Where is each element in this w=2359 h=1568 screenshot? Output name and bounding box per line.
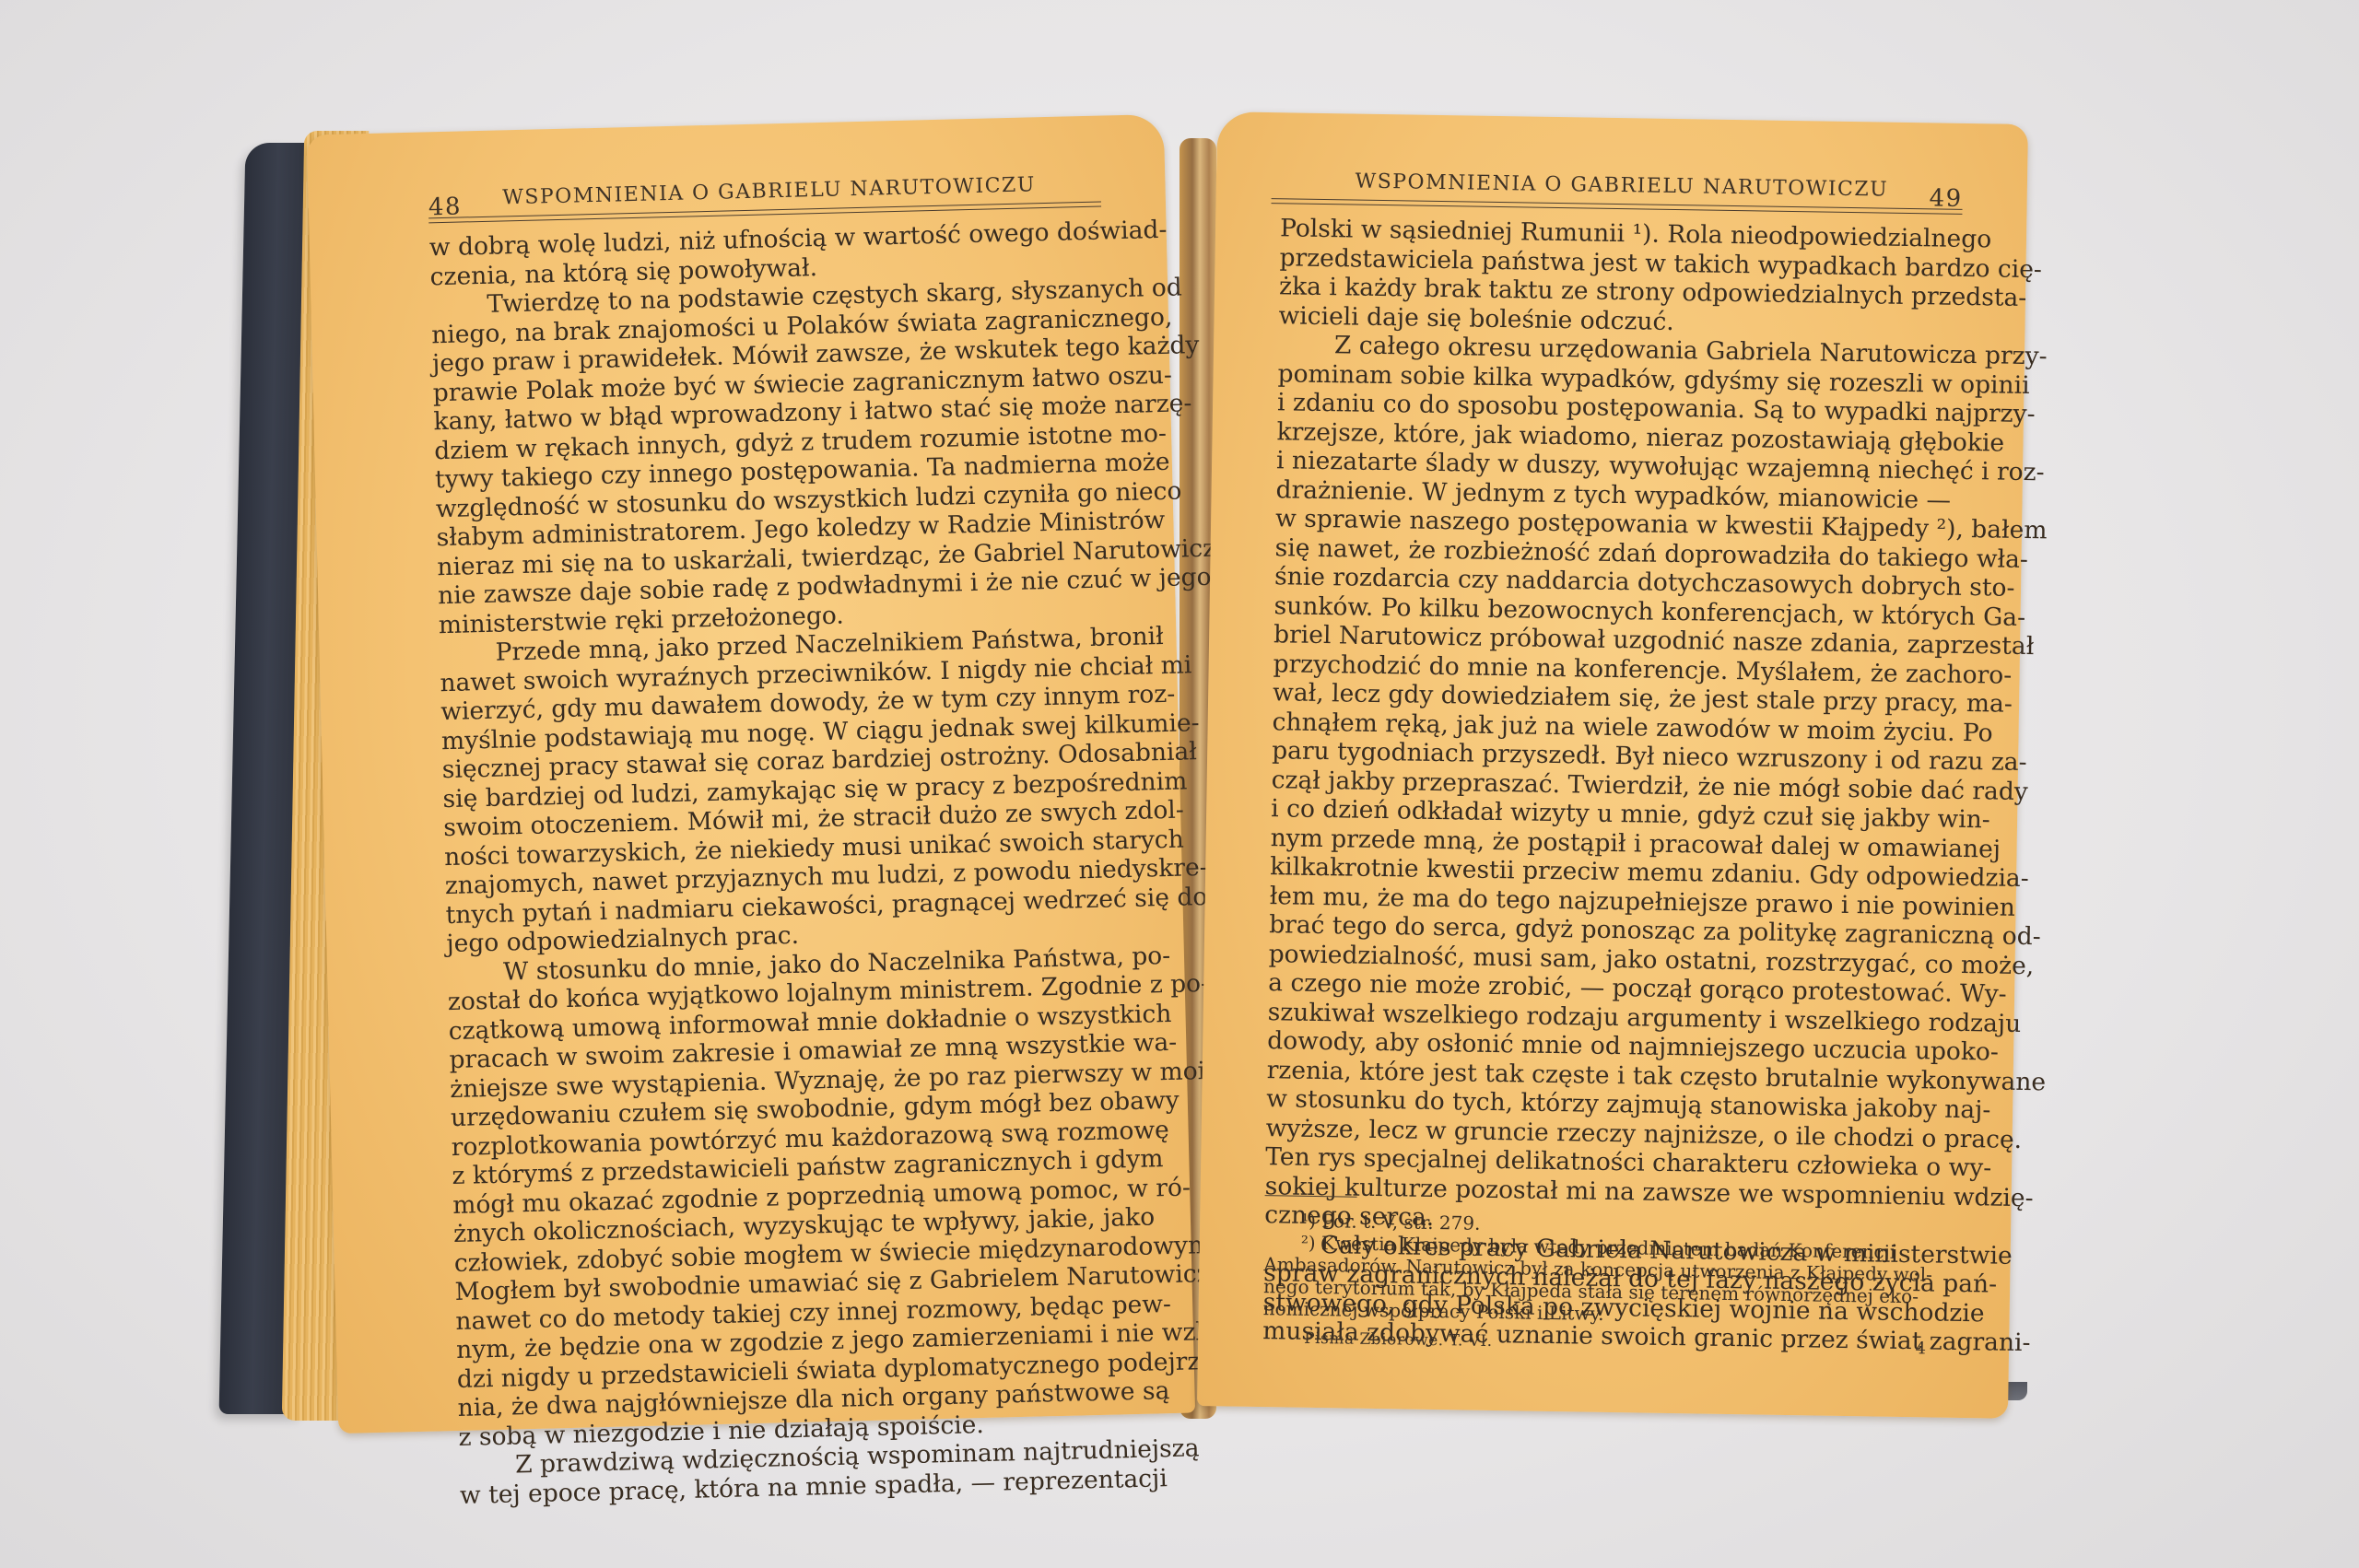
- left-page: 48 WSPOMNIENIA O GABRIELU NARUTOWICZU w …: [307, 114, 1195, 1433]
- running-head-right: WSPOMNIENIA O GABRIELU NARUTOWICZU 49: [1281, 163, 1964, 211]
- open-book: 48 WSPOMNIENIA O GABRIELU NARUTOWICZU w …: [0, 0, 2359, 1568]
- running-head-left: 48 WSPOMNIENIA O GABRIELU NARUTOWICZU: [437, 167, 1101, 220]
- footnotes: ¹) Por. t. V, str. 279.²) Kwestia Kłajpe…: [1263, 1209, 1938, 1329]
- signature-number: 4: [1915, 1339, 1926, 1358]
- body-text: w dobrą wolę ludzi, niż ufnością w warto…: [429, 216, 1138, 1510]
- right-page: WSPOMNIENIA O GABRIELU NARUTOWICZU 49 Po…: [1197, 111, 2028, 1419]
- body-text: Polski w sąsiedniej Rumunii ¹). Rola nie…: [1262, 214, 1953, 1356]
- signature-mark: Pisma Zbiorowe. T. VI.: [1304, 1329, 1493, 1351]
- running-title: WSPOMNIENIA O GABRIELU NARUTOWICZU: [1281, 169, 1963, 203]
